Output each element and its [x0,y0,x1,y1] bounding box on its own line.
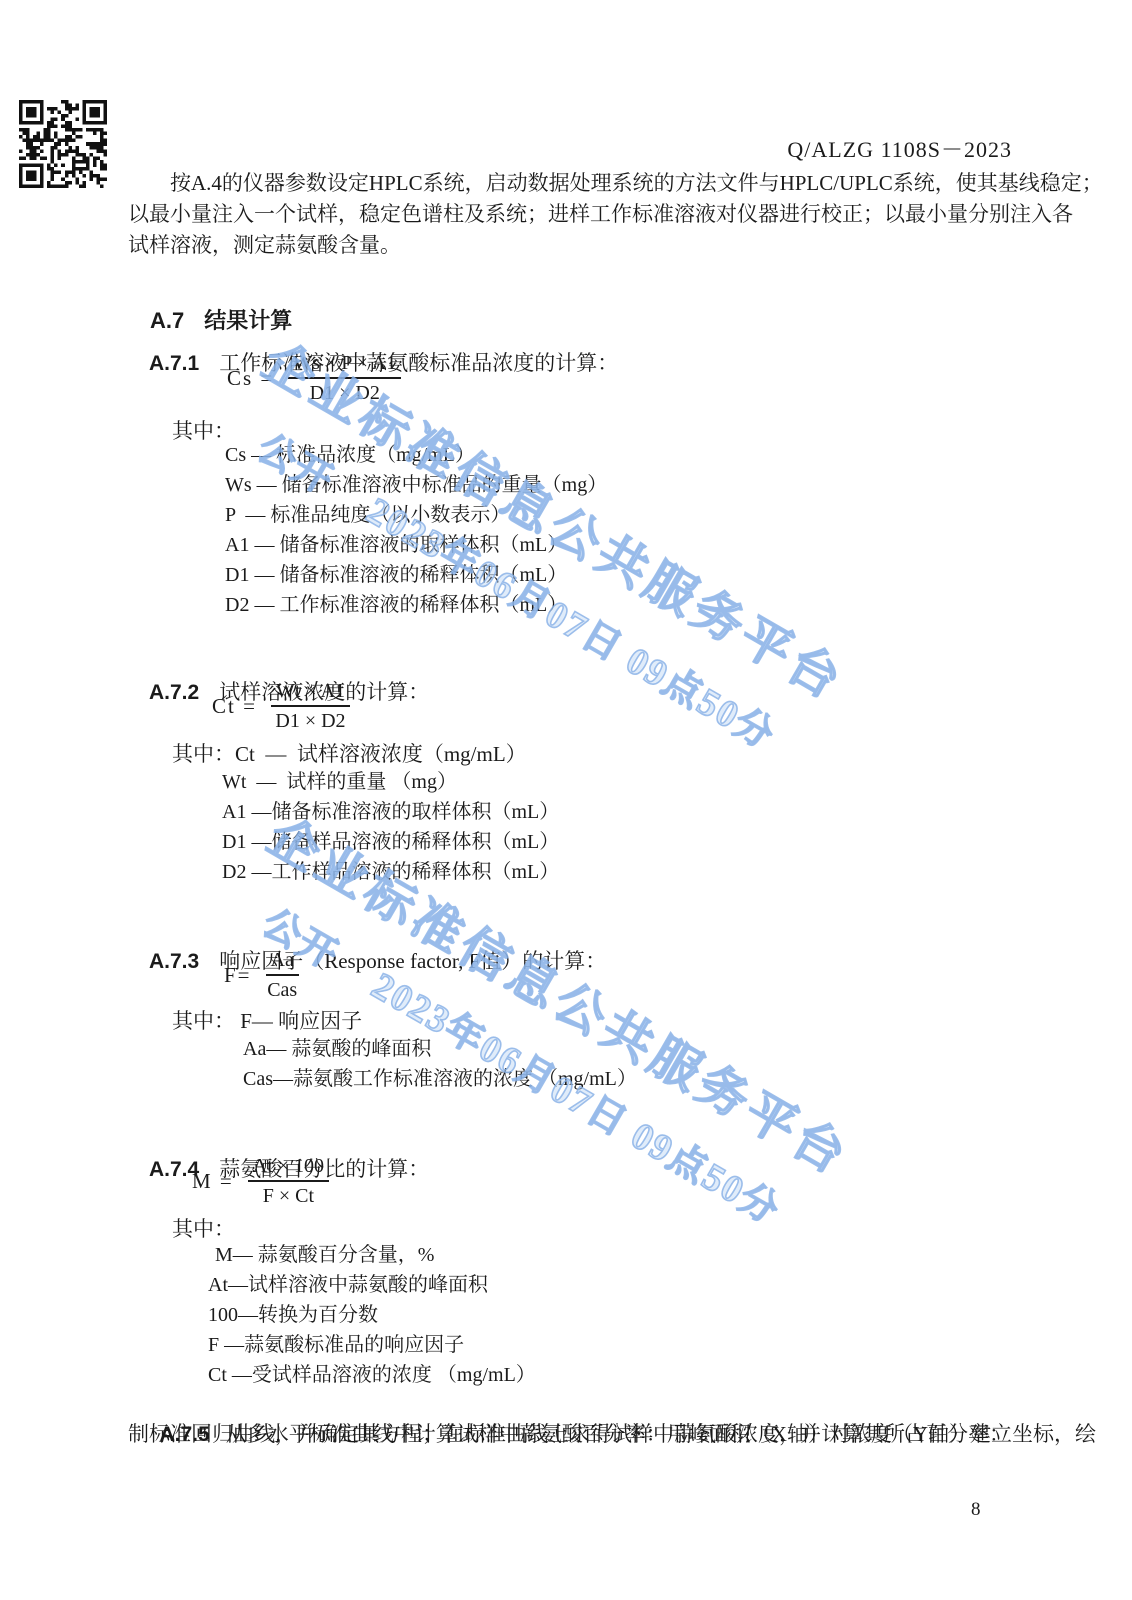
formula-lhs: Cs = [227,366,274,391]
intro-line: 以最小量注入一个试样，稳定色谱柱及系统；进样工作标准溶液对仪器进行校正；以最小量… [128,199,1103,230]
definition-line: Ct —受试样品溶液的浓度 （mg/mL） [208,1360,536,1390]
standard-code: Q/ALZG 1108S－2023 [787,133,1012,164]
heading-number: A.7.2 [149,681,199,704]
fraction-denominator: Cas [266,976,299,1002]
definition-list-a74: M— 蒜氨酸百分含量，% At—试样溶液中蒜氨酸的峰面积 100—转换为百分数 … [208,1240,536,1390]
definition-list-a72: Wt — 试样的重量 （mg） A1 —储备标准溶液的取样体积（mL） D1 —… [222,767,559,887]
fraction-denominator: F × Ct [248,1182,329,1208]
fraction: Wt × A1 D1 × D2 [271,679,350,733]
formula-lhs: M = [192,1169,234,1194]
definition-line: D2 —工作样品溶液的稀释体积（mL） [222,857,559,887]
definition-line: D1 — 储备标准溶液的稀释体积（mL） [225,560,607,590]
definition-line: At—试样溶液中蒜氨酸的峰面积 [208,1270,536,1300]
paragraph-line: A.7.5从多水平标准曲线中计算试样中蒜氨酸百分率：用峰面积（X轴）对浓度（Y轴… [128,1388,1096,1419]
formula-lhs: Ct = [212,694,257,719]
section-heading-a73: A.7.3响应因子（Response factor, F值）的计算： [128,920,606,1000]
fraction-numerator: At × 100 [248,1154,329,1182]
where-definition-line: 其中：Ct — 试样溶液浓度（mg/mL） [172,738,527,768]
where-definition-line: 其中： F— 响应因子 [172,1005,362,1035]
formula-m: M = At × 100 F × Ct [192,1154,329,1208]
definition-line: Cs — 标准品浓度（mg/mL） [225,440,607,470]
formula-ct: Ct = Wt × A1 D1 × D2 [212,679,350,733]
definition-line: D1 —储备样品溶液的稀释体积（mL） [222,827,559,857]
heading-number: A.7.1 [149,352,199,375]
definition-line: P — 标准品纯度（以小数表示） [225,500,607,530]
intro-line: 按A.4的仪器参数设定HPLC系统，启动数据处理系统的方法文件与HPLC/UPL… [128,168,1103,199]
definition-line: M— 蒜氨酸百分含量，% [208,1240,536,1270]
fraction: At × 100 F × Ct [248,1154,329,1208]
heading-number: A.7.3 [149,950,199,973]
definition-list-a73: Aa— 蒜氨酸的峰面积 Cas—蒜氨酸工作标准溶液的浓度 （mg/mL） [243,1034,637,1094]
definition-line: 100—转换为百分数 [208,1300,536,1330]
where-label: 其中： [172,1213,235,1243]
page-number: 8 [971,1499,981,1521]
formula-cs: Cs = Ws × P × A1 D1 × D2 [227,351,401,405]
formula-lhs: F= [224,963,252,988]
definition-line: Aa— 蒜氨酸的峰面积 [243,1034,637,1064]
fraction: Aa Cas [266,948,299,1002]
fraction-denominator: D1 × D2 [288,379,401,405]
document-page: Q/ALZG 1108S－2023 按A.4的仪器参数设定HPLC系统，启动数据… [0,0,1132,1600]
formula-f: F= Aa Cas [224,948,299,1002]
paragraph-a75: A.7.5从多水平标准曲线中计算试样中蒜氨酸百分率：用峰面积（X轴）对浓度（Y轴… [128,1388,1096,1450]
definition-line: A1 — 储备标准溶液的取样体积（mL） [225,530,607,560]
fraction-numerator: Wt × A1 [271,679,350,707]
definition-line: Ws — 储备标准溶液中标准品的重量（mg） [225,470,607,500]
qr-code-icon [19,100,107,188]
fraction-numerator: Ws × P × A1 [288,351,401,379]
definition-line: Cas—蒜氨酸工作标准溶液的浓度 （mg/mL） [243,1064,637,1094]
definition-line: F —蒜氨酸标准品的响应因子 [208,1330,536,1360]
fraction: Ws × P × A1 D1 × D2 [288,351,401,405]
intro-line: 试样溶液，测定蒜氨酸含量。 [128,230,1103,261]
fraction-denominator: D1 × D2 [271,707,350,733]
definition-list-a71: Cs — 标准品浓度（mg/mL） Ws — 储备标准溶液中标准品的重量（mg）… [225,440,607,620]
definition-line: D2 — 工作标准溶液的稀释体积（mL） [225,590,607,620]
paragraph-line: 制标准回归曲线，并确定其方程；在标准曲线上求得试样中蒜氨酸浓度，并计算其所占百分… [128,1419,1096,1450]
intro-paragraph: 按A.4的仪器参数设定HPLC系统，启动数据处理系统的方法文件与HPLC/UPL… [128,168,1103,261]
fraction-numerator: Aa [266,948,299,976]
definition-line: A1 —储备标准溶液的取样体积（mL） [222,797,559,827]
definition-line: Wt — 试样的重量 （mg） [222,767,559,797]
